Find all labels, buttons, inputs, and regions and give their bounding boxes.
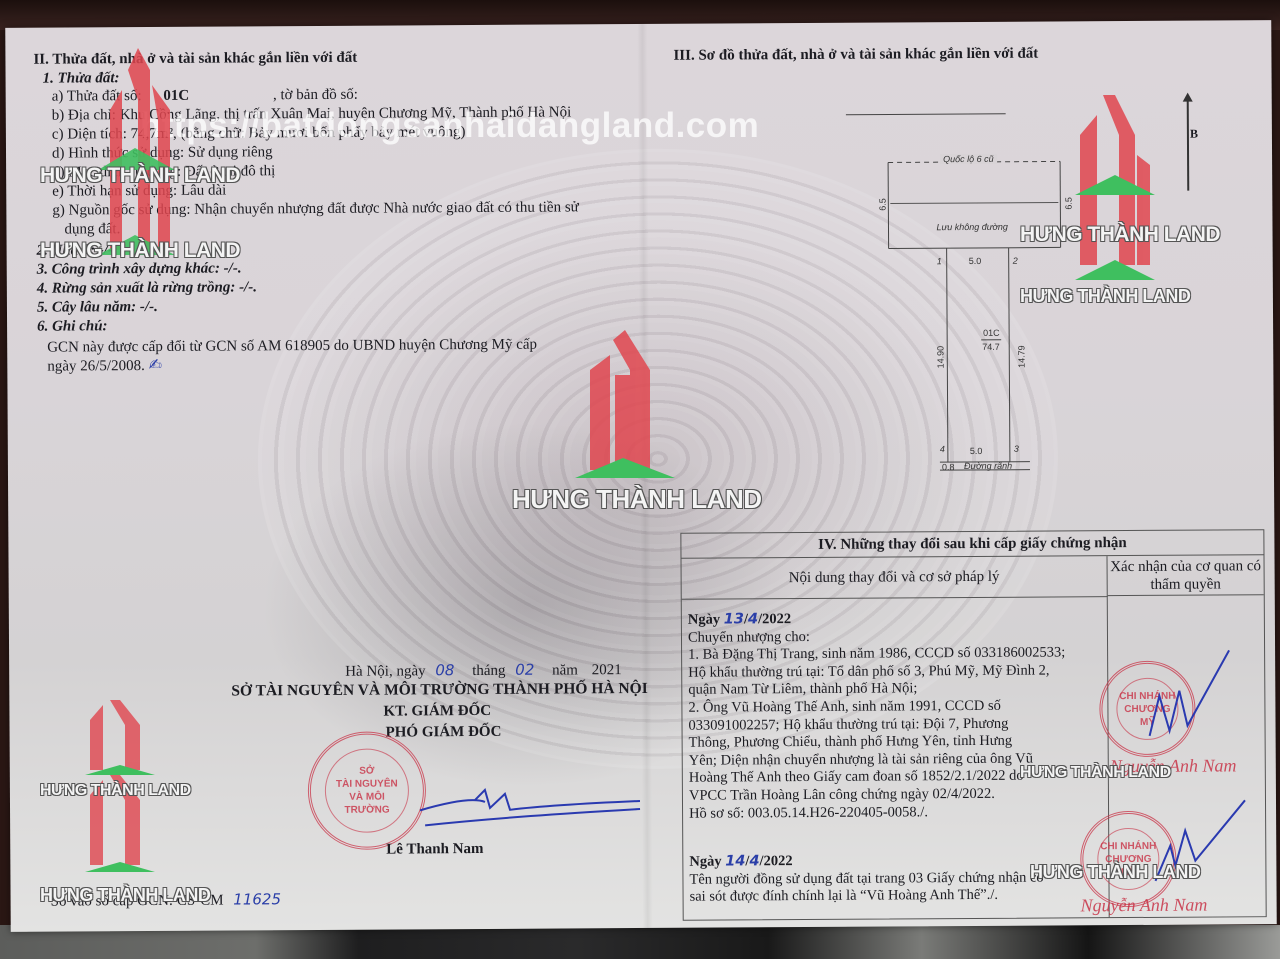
signing-year: 2021 — [592, 662, 622, 678]
other-construction-line: 3. Công trình xây dựng khác: -/-. — [37, 259, 242, 278]
date-month: 4 — [748, 611, 758, 627]
stamp-line: VÀ MÔI TRƯỜNG — [326, 790, 408, 817]
edge-right-length: 14.79 — [1016, 345, 1026, 368]
notes-line1: GCN này được cấp đổi từ GCN số AM 618905… — [47, 336, 537, 357]
change-entry-2: Ngày 14/4/2022 Tên người đồng sử dụng đấ… — [689, 851, 1099, 906]
usage-term-line: e) Thời hạn sử dụng: Lâu dài — [52, 182, 226, 201]
point-4: 4 — [940, 444, 945, 454]
north-arrow-icon — [1187, 101, 1190, 191]
notes-line2: ngày 26/5/2008. ✍ — [47, 356, 162, 376]
edge-left-length: 14.90 — [935, 346, 945, 369]
date-prefix: Ngày — [688, 612, 720, 628]
handwritten-initial: ✍ — [149, 355, 163, 374]
changes-col1-header: Nội dung thay đổi và cơ sở pháp lý — [682, 556, 1108, 600]
notes-line2-text: ngày 26/5/2008. — [47, 358, 145, 375]
date-year: /2022 — [759, 853, 792, 869]
signing-year-label: năm — [552, 662, 578, 678]
change-line: sai sót được đính chính lại là “Vũ Hoàng… — [690, 886, 1100, 906]
authority-stamp-inner: SỞ TÀI NGUYÊN VÀ MÔI TRƯỜNG — [325, 748, 410, 833]
edge-bottom-length: 5.0 — [970, 446, 983, 456]
land-heading: 1. Thửa đất: — [43, 69, 120, 87]
setback-right: 6.5 — [1064, 197, 1074, 210]
road-top-label: Quốc lộ 6 cũ — [940, 154, 997, 164]
parcel-diagram: Quốc lộ 6 cũ Lưu không đường 6.5 6.5 1 2… — [878, 151, 1080, 482]
section2-title: II. Thửa đất, nhà ở và tài sản khác gắn … — [33, 49, 357, 69]
notes-heading: 6. Ghi chú: — [37, 317, 108, 335]
parcel-id-label: 01C — [983, 328, 1000, 338]
change-entry-1: Ngày 13/4/2022 Chuyển nhượng cho: 1. Bà … — [688, 609, 1099, 823]
parcel-number-label: a) Thửa đất số: 01C , tờ bản đồ số: — [52, 86, 358, 106]
signing-month: 02 — [515, 661, 534, 679]
registry-prefix: Số vào sổ cấp GCN: CS-CM — [51, 893, 224, 910]
issuing-authority: SỞ TÀI NGUYÊN VÀ MÔI TRƯỜNG THÀNH PHỐ HÀ… — [231, 680, 648, 701]
origin-line: g) Nguồn gốc sử dụng: Nhận chuyển nhượng… — [52, 198, 579, 219]
stamp-line: SỞ — [359, 765, 374, 778]
change-line: Tên người đồng sử dụng đất tại trang 03 … — [689, 869, 1099, 889]
road-setback-label: Lưu không đường — [936, 222, 1007, 232]
date-day: 14 — [725, 853, 745, 869]
point-1: 1 — [937, 256, 942, 266]
authority-signature — [415, 779, 645, 835]
change-line: 1. Bà Đặng Thị Trang, sinh năm 1986, CCC… — [688, 644, 1098, 664]
date-prefix: Ngày — [689, 854, 721, 870]
parcel-number-label-text: a) Thửa đất số: — [52, 88, 142, 105]
signing-day: 08 — [435, 661, 454, 679]
perennial-line: 5. Cây lâu năm: -/-. — [37, 298, 158, 317]
edge-top-length: 5.0 — [969, 256, 982, 266]
registry-number-value: 11625 — [233, 890, 281, 908]
date-month: 4 — [749, 853, 759, 869]
confirm-signature-2 — [1145, 790, 1256, 891]
origin-line-cont: dụng đất. — [64, 220, 120, 238]
change-line: Hồ sơ số: 003.05.14.H26-220405-0058./. — [689, 803, 1099, 823]
parcel-number-value: 01C — [163, 88, 189, 104]
confirm-signature-1 — [1129, 645, 1240, 746]
drain-label: Đường rãnh — [964, 461, 1012, 471]
diagram-top-line — [846, 112, 1006, 117]
certificate-paper: II. Thửa đất, nhà ở và tài sản khác gắn … — [5, 20, 1276, 932]
url-watermark: https://batdongsanhaidangland.com — [140, 106, 759, 146]
parcel-area-label: 74.7 — [982, 342, 1000, 352]
stamp-line: TÀI NGUYÊN — [336, 777, 398, 790]
setback-left: 6.5 — [878, 198, 888, 211]
signing-month-label: tháng — [472, 663, 505, 679]
house-line: 2. Nhà ở: -/-. — [37, 241, 117, 259]
confirm-signer-2: Nguyễn Anh Nam — [1081, 896, 1208, 915]
forest-line: 4. Rừng sản xuất là rừng trồng: -/-. — [37, 278, 257, 297]
section3-title: III. Sơ đồ thửa đất, nhà ở và tài sản kh… — [673, 45, 1038, 65]
map-sheet-label: , tờ bản đồ số: — [273, 87, 358, 104]
point-2: 2 — [1013, 256, 1018, 266]
usage-purpose-line: đ) Mục đích sử dụng: Đất ở tại đô thị — [52, 162, 275, 181]
change-line: Hộ khẩu thường trú tại: Tổ dân phố số 3,… — [688, 662, 1098, 682]
changes-col1: Ngày 13/4/2022 Chuyển nhượng cho: 1. Bà … — [682, 597, 1110, 920]
date-day: 13 — [724, 611, 744, 627]
signing-date: Hà Nội, ngày 08 tháng 02 năm 2021 — [345, 660, 622, 681]
section4-title: IV. Những thay đổi sau khi cấp giấy chứn… — [681, 530, 1263, 559]
confirm-signer-1: Nguyễn Anh Nam — [1110, 756, 1237, 775]
point-3: 3 — [1014, 444, 1019, 454]
signer-name: Lê Thanh Nam — [386, 840, 483, 859]
signer-role1: KT. GIÁM ĐỐC — [383, 702, 491, 721]
signer-role2: PHÓ GIÁM ĐỐC — [386, 723, 502, 742]
usage-form-line: d) Hình thức sử dụng: Sử dụng riêng — [52, 143, 273, 162]
date-year: /2022 — [758, 611, 791, 627]
bottom-offset: 0.8 — [942, 462, 955, 472]
changes-col2-header: Xác nhận của cơ quan có thẩm quyền — [1107, 555, 1263, 596]
registry-number: Số vào sổ cấp GCN: CS-CM 11625 — [51, 890, 282, 910]
signing-date-prefix: Hà Nội, ngày — [345, 663, 426, 679]
authority-stamp: SỞ TÀI NGUYÊN VÀ MÔI TRƯỜNG — [308, 731, 427, 850]
parcel-outline — [878, 151, 1080, 482]
north-label: B — [1190, 125, 1198, 143]
